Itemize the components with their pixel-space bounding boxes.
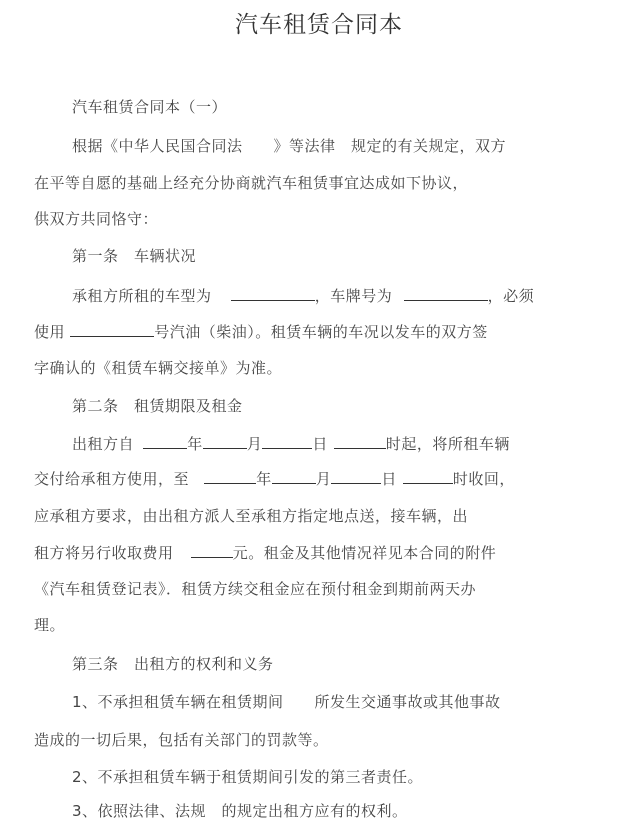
article-3-item-3: 3、依照法律、法规 的规定出租方应有的权利。	[72, 800, 408, 819]
text: 月	[316, 470, 332, 488]
fee-amount-blank[interactable]	[191, 543, 233, 558]
start-year-blank[interactable]	[143, 434, 187, 449]
fuel-grade-blank[interactable]	[70, 322, 154, 337]
text: 日	[312, 435, 328, 453]
end-hour-blank[interactable]	[403, 469, 453, 484]
article-2-line-6: 理。	[34, 614, 65, 635]
text: ，必须	[488, 287, 535, 305]
article-1-heading: 第一条 车辆状况	[72, 245, 196, 266]
text: 出租方自	[72, 435, 134, 453]
article-3-heading: 第三条 出租方的权利和义务	[72, 653, 274, 674]
car-model-blank[interactable]	[231, 286, 315, 301]
intro-line-2: 在平等自愿的基础上经充分协商就汽车租赁事宜达成如下协议，	[34, 172, 468, 193]
text: 交付给承租方使用，至	[34, 470, 189, 488]
article-2-line-5: 《汽车租赁登记表》．租赁方续交租金应在预付租金到期前两天办	[34, 578, 476, 599]
article-2-line-2: 交付给承租方使用，至 年月日时收回，	[34, 468, 515, 489]
intro-line-3: 供双方共同恪守：	[34, 208, 158, 229]
text: 承租方所租的车型为	[72, 287, 212, 305]
article-2-line-1: 出租方自 年月日时起，将所租车辆	[72, 433, 510, 454]
article-1-line-3: 字确认的《租赁车辆交接单》为准。	[34, 357, 282, 378]
text: 时起，将所租车辆	[386, 435, 510, 453]
text: 时收回，	[453, 470, 515, 488]
text: 年	[256, 470, 272, 488]
end-year-blank[interactable]	[204, 469, 256, 484]
document-title: 汽车租赁合同本	[0, 6, 638, 39]
article-1-line-2: 使用 号汽油（柴油）。租赁车辆的车况以发车的双方签	[34, 321, 488, 342]
text: 使用	[34, 323, 65, 341]
text: 月	[247, 435, 263, 453]
start-day-blank[interactable]	[262, 434, 312, 449]
start-hour-blank[interactable]	[334, 434, 386, 449]
end-month-blank[interactable]	[272, 469, 316, 484]
article-3-item-2: 2、不承担租赁车辆于租赁期间引发的第三者责任。	[72, 766, 423, 787]
start-month-blank[interactable]	[203, 434, 247, 449]
end-day-blank[interactable]	[331, 469, 381, 484]
text: 年	[187, 435, 203, 453]
text: ，车牌号为	[315, 287, 393, 305]
article-2-line-3: 应承租方要求，由出租方派人至承租方指定地点送，接车辆，出	[34, 505, 468, 526]
text: 租方将另行收取费用	[34, 544, 174, 562]
article-2-line-4: 租方将另行收取费用 元。租金及其他情况祥见本合同的附件	[34, 542, 496, 563]
intro-line-1: 根据《中华人民国合同法 》等法律 规定的有关规定，双方	[72, 135, 506, 156]
plate-number-blank[interactable]	[404, 286, 488, 301]
article-2-heading: 第二条 租赁期限及租金	[72, 395, 243, 416]
text: 号汽油（柴油）。租赁车辆的车况以发车的双方签	[154, 323, 488, 341]
text: 日	[381, 470, 397, 488]
article-1-line-1: 承租方所租的车型为 ，车牌号为 ，必须	[72, 285, 534, 306]
text: 元。租金及其他情况祥见本合同的附件	[233, 544, 497, 562]
article-3-item-1-cont: 造成的一切后果，包括有关部门的罚款等。	[34, 729, 329, 750]
article-3-item-1: 1、不承担租赁车辆在租赁期间 所发生交通事故或其他事故	[72, 691, 501, 712]
document-subtitle: 汽车租赁合同本（一）	[72, 96, 227, 117]
